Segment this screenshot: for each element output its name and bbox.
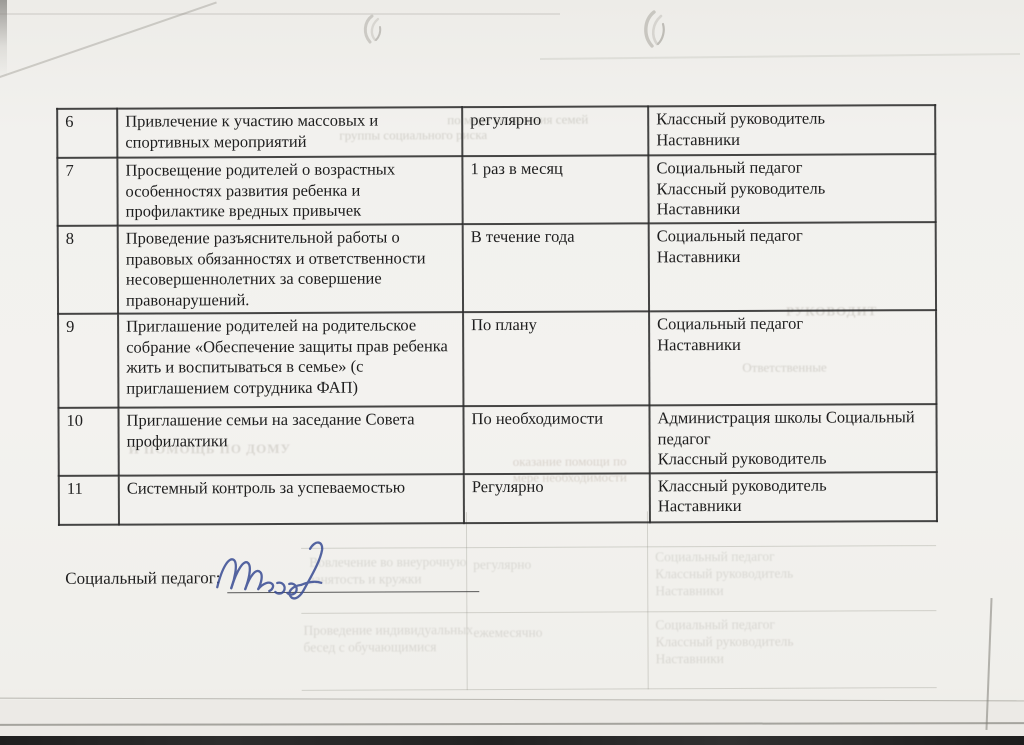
- responsible-cell: Социальный педагог Наставники: [649, 222, 936, 311]
- frequency-cell: В течение года: [463, 223, 649, 312]
- responsible-cell: Классный руководитель Наставники: [650, 472, 937, 522]
- ghost-text: Проведение индивидуальных бесед с обучаю…: [303, 621, 473, 656]
- frequency-cell: По необходимости: [463, 405, 649, 473]
- table-row: 8 Проведение разъяснительной работы о пр…: [58, 222, 936, 314]
- table-row: 10 Приглашение семьи на заседание Совета…: [58, 404, 936, 475]
- document-content: по мере выявления семей группы социально…: [0, 0, 1024, 745]
- table-row: 6 Привлечение к участию массовых и спорт…: [57, 105, 935, 158]
- row-number: 6: [57, 109, 117, 158]
- frequency-cell: Регулярно: [464, 473, 650, 523]
- frequency-cell: По плану: [463, 311, 649, 406]
- table-row: 9 Приглашение родителей на родительское …: [58, 310, 936, 408]
- row-number: 8: [58, 226, 118, 314]
- signature-label: Социальный педагог:: [65, 568, 220, 589]
- row-number: 7: [57, 158, 117, 226]
- activity-cell: Привлечение к участию массовых и спортив…: [117, 107, 462, 158]
- ghost-table-line: [301, 545, 936, 549]
- scanned-page: по мере выявления семей группы социально…: [0, 0, 1024, 745]
- ghost-table-line: [647, 511, 649, 689]
- ghost-text: регулярно: [473, 556, 531, 573]
- activity-cell: Приглашение родителей на родительское со…: [118, 312, 463, 408]
- activity-cell: Приглашение семьи на заседание Совета пр…: [118, 406, 463, 475]
- activity-cell: Просвещение родителей о возрастных особе…: [117, 156, 462, 226]
- ghost-table-line: [301, 610, 936, 614]
- scanner-background: [0, 736, 1024, 745]
- row-number: 10: [58, 408, 118, 476]
- responsible-cell: Социальный педагог Наставники: [649, 310, 936, 405]
- responsible-cell: Администрация школы Социальный педагог К…: [649, 404, 936, 473]
- responsible-cell: Классный руководитель Наставники: [648, 105, 935, 155]
- row-number: 11: [59, 475, 119, 524]
- frequency-cell: 1 раз в месяц: [462, 155, 648, 224]
- ghost-text: ежемесячно: [473, 624, 542, 641]
- ghost-table-line: [466, 512, 468, 690]
- activity-cell: Системный контроль за успеваемостью: [119, 474, 464, 525]
- activity-cell: Проведение разъяснительной работы о прав…: [118, 224, 463, 314]
- responsible-cell: Социальный педагог Классный руководитель…: [648, 154, 935, 223]
- table-row: 7 Просвещение родителей о возрастных осо…: [57, 154, 935, 226]
- table-row: 11 Системный контроль за успеваемостью Р…: [59, 472, 937, 525]
- handwritten-signature: [209, 537, 359, 604]
- ghost-text: Социальный педагог Классный руководитель…: [655, 548, 793, 600]
- frequency-cell: регулярно: [462, 106, 648, 156]
- ghost-table-line: [302, 687, 937, 691]
- activities-table: 6 Привлечение к участию массовых и спорт…: [56, 104, 938, 525]
- row-number: 9: [58, 314, 118, 408]
- ghost-text: Социальный педагог Классный руководитель…: [655, 616, 793, 668]
